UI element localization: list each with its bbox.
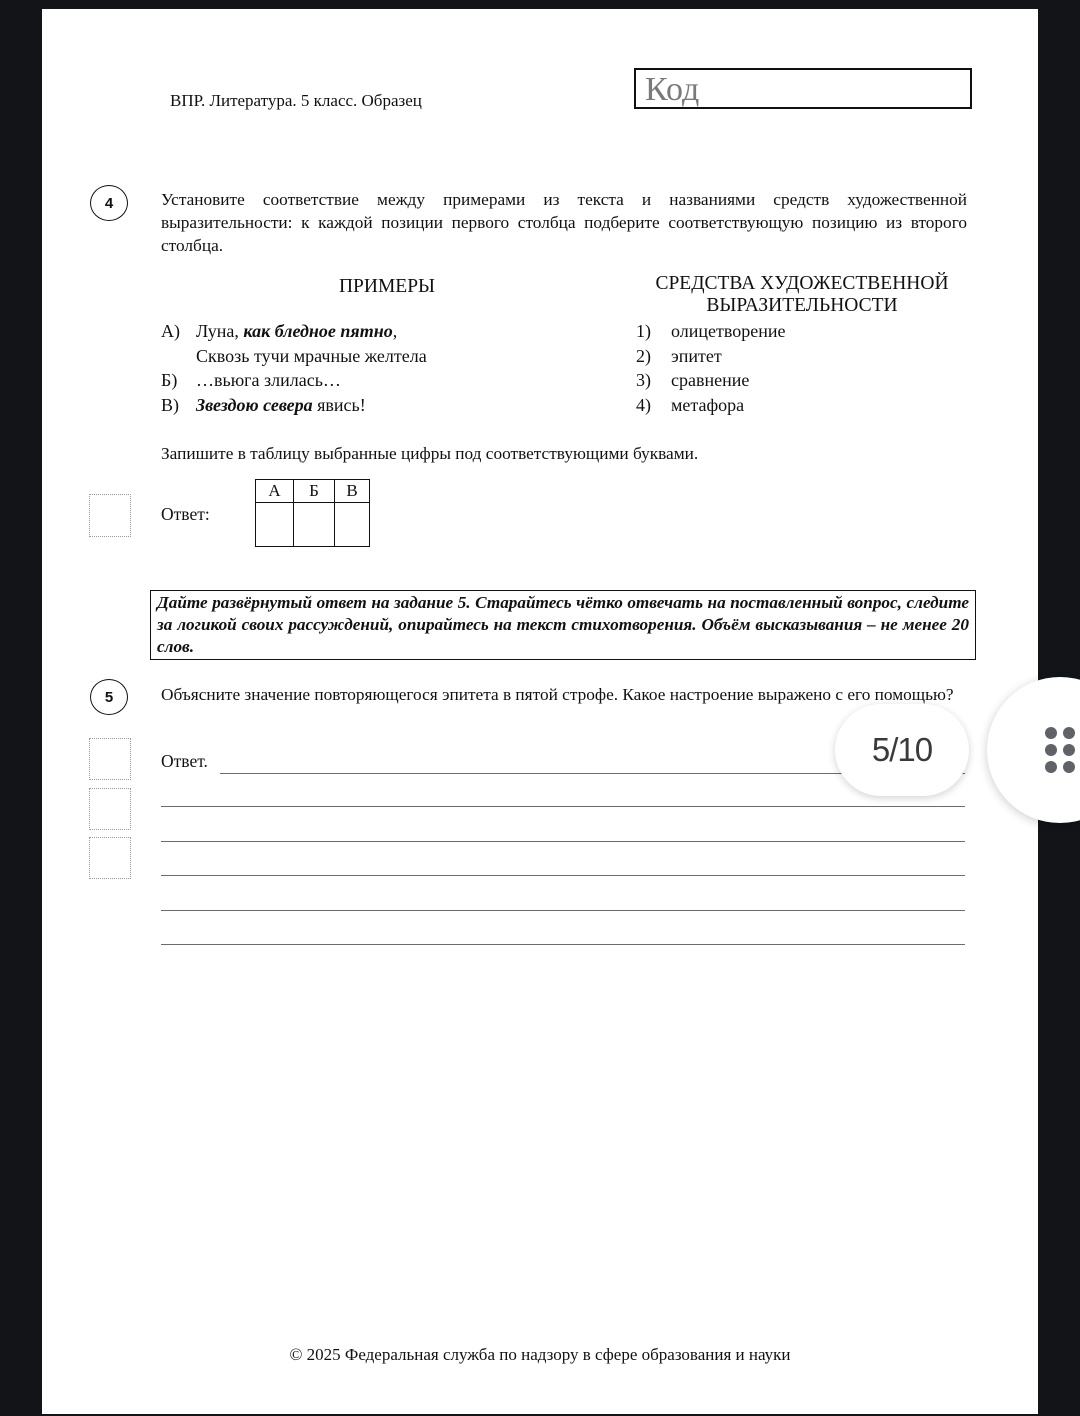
document-footer: © 2025 Федеральная служба по надзору в с…: [42, 1345, 1038, 1365]
table-instruction: Запишите в таблицу выбранные цифры под с…: [161, 442, 698, 465]
answer-table-header: В: [335, 480, 370, 503]
example-a-line-2: Сквозь тучи мрачные желтела: [161, 344, 601, 369]
example-label: В): [161, 393, 196, 418]
examples-header: ПРИМЕРЫ: [272, 276, 502, 298]
means-text: метафора: [671, 393, 744, 418]
task-5-number: 5: [90, 679, 128, 715]
example-text: Сквозь тучи мрачные желтела: [196, 344, 427, 369]
answer-cell-b[interactable]: [294, 503, 335, 547]
means-text: олицетворение: [671, 319, 786, 344]
example-text-plain: ,: [393, 321, 398, 341]
answer-cell-v[interactable]: [335, 503, 370, 547]
grid-dots-icon: [1045, 727, 1079, 773]
means-label: 2): [636, 344, 671, 369]
means-header-line-1: СРЕДСТВА ХУДОЖЕСТВЕННОЙ: [627, 273, 977, 295]
code-field[interactable]: Код: [634, 68, 972, 109]
example-text: Звездою севера явись!: [196, 393, 366, 418]
means-text: сравнение: [671, 368, 749, 393]
instruction-box: Дайте развёрнутый ответ на задание 5. Ст…: [150, 590, 976, 660]
answer-cell-a[interactable]: [256, 503, 294, 547]
means-label: 4): [636, 393, 671, 418]
task-4-number: 4: [90, 185, 128, 221]
answer-line: [161, 944, 965, 945]
means-item: 1)олицетворение: [636, 319, 966, 344]
task-5-answer-label: Ответ.: [161, 751, 208, 772]
example-text-bold: как бледное пятно: [243, 321, 392, 341]
means-header-line-2: ВЫРАЗИТЕЛЬНОСТИ: [627, 295, 977, 317]
example-b: Б) …вьюга злилась…: [161, 368, 601, 393]
score-box-task-5-1: [89, 738, 131, 780]
example-text-plain: Луна,: [196, 321, 243, 341]
answer-line: [161, 806, 965, 807]
means-text: эпитет: [671, 344, 722, 369]
score-box-task-4: [89, 494, 131, 537]
answer-table: А Б В: [255, 479, 370, 547]
answer-line: [161, 910, 965, 911]
example-text-bold: Звездою севера: [196, 395, 313, 415]
answer-table-header: Б: [294, 480, 335, 503]
spacer: [161, 344, 196, 369]
example-text-plain: явись!: [313, 395, 366, 415]
example-text: Луна, как бледное пятно,: [196, 319, 397, 344]
task-4-prompt: Установите соответствие между примерами …: [161, 188, 967, 257]
example-label: А): [161, 319, 196, 344]
score-box-task-5-2: [89, 788, 131, 830]
document-header-title: ВПР. Литература. 5 класс. Образец: [170, 91, 422, 111]
means-label: 1): [636, 319, 671, 344]
means-item: 4)метафора: [636, 393, 966, 418]
means-list: 1)олицетворение 2)эпитет 3)сравнение 4)м…: [636, 319, 966, 417]
answer-table-header: А: [256, 480, 294, 503]
answer-line: [161, 841, 965, 842]
example-a: А) Луна, как бледное пятно,: [161, 319, 601, 344]
means-item: 2)эпитет: [636, 344, 966, 369]
means-item: 3)сравнение: [636, 368, 966, 393]
example-label: Б): [161, 368, 196, 393]
score-box-task-5-3: [89, 837, 131, 879]
page-indicator[interactable]: 5/10: [835, 704, 969, 796]
means-label: 3): [636, 368, 671, 393]
example-text: …вьюга злилась…: [196, 368, 341, 393]
task-5-prompt: Объясните значение повторяющегося эпитет…: [161, 683, 967, 706]
means-header: СРЕДСТВА ХУДОЖЕСТВЕННОЙ ВЫРАЗИТЕЛЬНОСТИ: [627, 273, 977, 317]
task-4-answer-label: Ответ:: [161, 504, 210, 525]
example-v: В) Звездою севера явись!: [161, 393, 601, 418]
examples-list: А) Луна, как бледное пятно, Сквозь тучи …: [161, 319, 601, 417]
answer-line: [161, 875, 965, 876]
code-label: Код: [645, 70, 699, 110]
